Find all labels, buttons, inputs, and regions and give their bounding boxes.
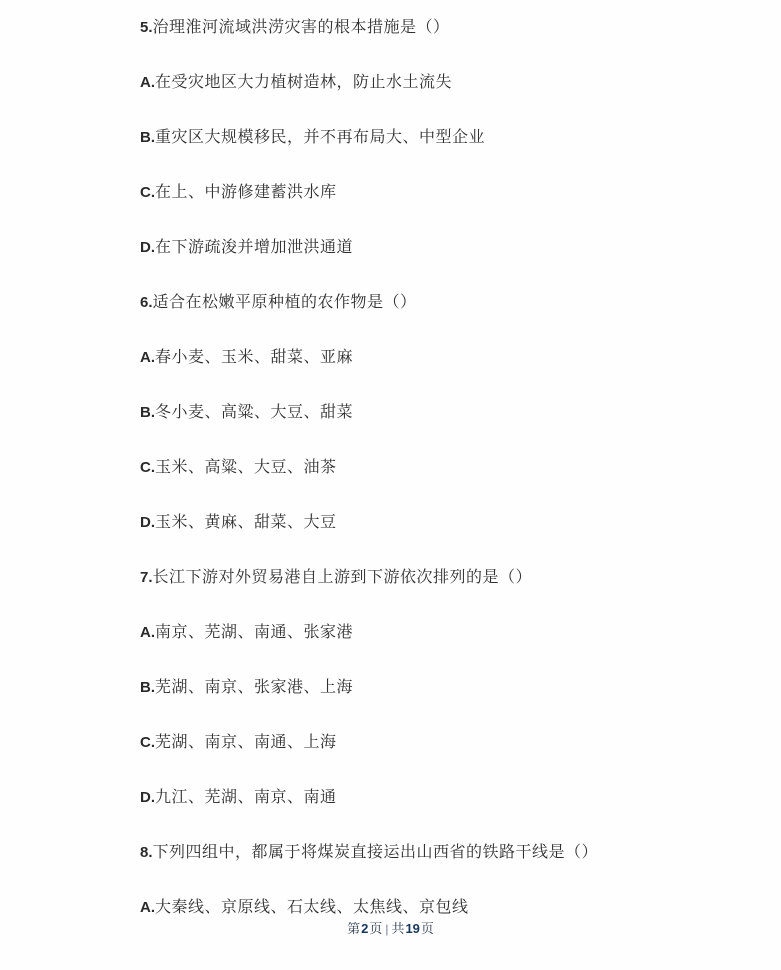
option-label: A.: [140, 624, 155, 641]
question-text: 治理淮河流域洪涝灾害的根本措施是（）: [153, 19, 450, 36]
question-text: 下列四组中，都属于将煤炭直接运出山西省的铁路干线是（）: [153, 844, 599, 861]
option-label: D.: [140, 239, 155, 256]
option-line: C.芜湖、南京、南通、上海: [140, 733, 741, 753]
option-line: A.在受灾地区大力植树造林，防止水土流失: [140, 73, 741, 93]
option-label: D.: [140, 514, 155, 531]
option-text: 玉米、黄麻、甜菜、大豆: [155, 514, 337, 531]
option-line: C.在上、中游修建蓄洪水库: [140, 183, 741, 203]
document-page: 5.治理淮河流域洪涝灾害的根本措施是（） A.在受灾地区大力植树造林，防止水土流…: [0, 0, 781, 970]
footer-page-number: 2: [360, 921, 369, 936]
option-text: 春小麦、玉米、甜菜、亚麻: [155, 349, 353, 366]
option-line: A.南京、芜湖、南通、张家港: [140, 623, 741, 643]
option-label: C.: [140, 734, 155, 751]
option-line: D.九江、芜湖、南京、南通: [140, 788, 741, 808]
option-line: C.玉米、高粱、大豆、油茶: [140, 458, 741, 478]
question-stem: 8.下列四组中，都属于将煤炭直接运出山西省的铁路干线是（）: [140, 843, 741, 863]
option-label: A.: [140, 74, 155, 91]
option-label: B.: [140, 129, 155, 146]
question-stem: 5.治理淮河流域洪涝灾害的根本措施是（）: [140, 18, 741, 38]
option-text: 在受灾地区大力植树造林，防止水土流失: [155, 74, 452, 91]
option-line: B.重灾区大规模移民，并不再布局大、中型企业: [140, 128, 741, 148]
option-line: D.玉米、黄麻、甜菜、大豆: [140, 513, 741, 533]
option-text: 九江、芜湖、南京、南通: [155, 789, 337, 806]
question-number: 5.: [140, 19, 153, 36]
option-text: 玉米、高粱、大豆、油茶: [155, 459, 337, 476]
question-number: 6.: [140, 294, 153, 311]
option-line: A.春小麦、玉米、甜菜、亚麻: [140, 348, 741, 368]
option-label: A.: [140, 349, 155, 366]
question-number: 8.: [140, 844, 153, 861]
option-text: 大秦线、京原线、石太线、太焦线、京包线: [155, 899, 469, 916]
document-content: 5.治理淮河流域洪涝灾害的根本措施是（） A.在受灾地区大力植树造林，防止水土流…: [0, 0, 781, 918]
option-text: 在上、中游修建蓄洪水库: [155, 184, 337, 201]
option-line: B.芜湖、南京、张家港、上海: [140, 678, 741, 698]
option-label: B.: [140, 404, 155, 421]
footer-suffix: 页: [421, 921, 434, 936]
option-text: 在下游疏浚并增加泄洪通道: [155, 239, 353, 256]
option-text: 芜湖、南京、张家港、上海: [155, 679, 353, 696]
option-line: D.在下游疏浚并增加泄洪通道: [140, 238, 741, 258]
question-stem: 7.长江下游对外贸易港自上游到下游依次排列的是（）: [140, 568, 741, 588]
option-text: 重灾区大规模移民，并不再布局大、中型企业: [155, 129, 485, 146]
question-text: 适合在松嫩平原种植的农作物是（）: [153, 294, 417, 311]
option-label: B.: [140, 679, 155, 696]
option-label: A.: [140, 899, 155, 916]
option-label: C.: [140, 184, 155, 201]
option-line: A.大秦线、京原线、石太线、太焦线、京包线: [140, 898, 741, 918]
option-text: 芜湖、南京、南通、上海: [155, 734, 337, 751]
footer-total-pages: 19: [404, 921, 420, 936]
question-text: 长江下游对外贸易港自上游到下游依次排列的是（）: [153, 569, 533, 586]
option-label: C.: [140, 459, 155, 476]
footer-separator: 页 | 共: [369, 921, 404, 936]
page-footer: 第2页 | 共19页: [0, 920, 781, 938]
question-stem: 6.适合在松嫩平原种植的农作物是（）: [140, 293, 741, 313]
question-number: 7.: [140, 569, 153, 586]
option-line: B.冬小麦、高粱、大豆、甜菜: [140, 403, 741, 423]
option-text: 南京、芜湖、南通、张家港: [155, 624, 353, 641]
option-label: D.: [140, 789, 155, 806]
footer-prefix: 第: [347, 921, 360, 936]
option-text: 冬小麦、高粱、大豆、甜菜: [155, 404, 353, 421]
